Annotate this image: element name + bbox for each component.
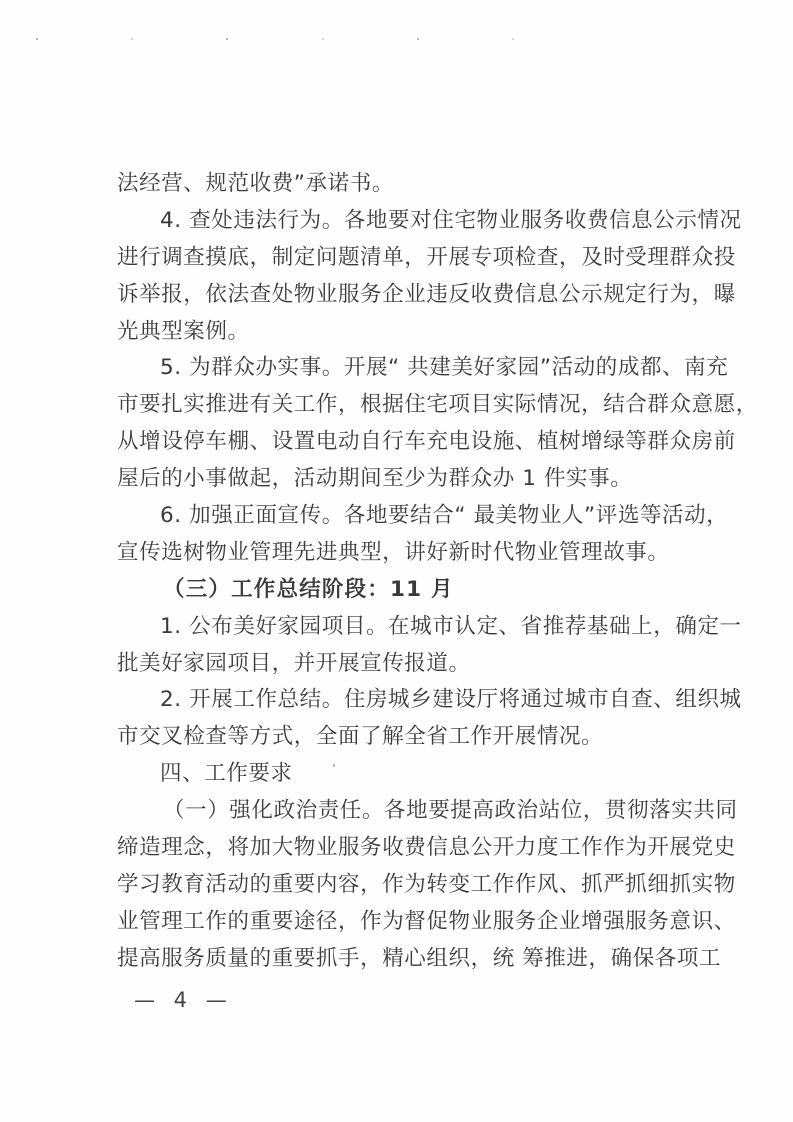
body-line: 学习教育活动的重要内容，作为转变工作作风、抓严抓细抓实物 — [117, 867, 685, 904]
requirement-1-line: （一）强化政治责任。各地要提高政治站位，贯彻落实共同 — [117, 793, 685, 830]
body-line: 市要扎实推进有关工作，根据住宅项目实际情况，结合群众意愿， — [117, 387, 685, 424]
scan-dot — [417, 38, 419, 40]
item-2-line: 2. 开展工作总结。住房城乡建设厅将通过城市自查、组织城 — [117, 682, 685, 719]
body-line: 屋后的小事做起，活动期间至少为群众办 1 件实事。 — [117, 461, 685, 498]
item-1-line: 1. 公布美好家园项目。在城市认定、省推荐基础上，确定一 — [117, 609, 685, 646]
body-line: 提高服务质量的重要抓手，精心组织，统 筹推进，确保各项工 — [117, 941, 685, 978]
scan-artifact — [333, 764, 335, 767]
body-line: 诉举报，依法查处物业服务企业违反收费信息公示规定行为，曝 — [117, 277, 685, 314]
item-6-line: 6. 加强正面宣传。各地要结合“ 最美物业人”评选等活动， — [117, 498, 685, 535]
body-line: 业管理工作的重要途径，作为督促物业服务企业增强服务意识、 — [117, 904, 685, 941]
body-line: 从增设停车棚、设置电动自行车充电设施、植树增绿等群众房前 — [117, 424, 685, 461]
body-line: 法经营、规范收费”承诺书。 — [117, 166, 685, 203]
body-line: 宣传选树物业管理先进典型，讲好新时代物业管理故事。 — [117, 535, 685, 572]
document-page: 法经营、规范收费”承诺书。 4. 查处违法行为。各地要对住宅物业服务收费信息公示… — [0, 0, 793, 1122]
body-line: 光典型案例。 — [117, 314, 685, 351]
scan-dot — [322, 38, 324, 40]
scan-dot — [512, 38, 514, 40]
section-heading: 四、工作要求 — [117, 756, 685, 793]
body-line: 市交叉检查等方式，全面了解全省工作开展情况。 — [117, 719, 685, 756]
scan-dot — [36, 38, 38, 40]
item-5-line: 5. 为群众办实事。开展“ 共建美好家园”活动的成都、南充 — [117, 350, 685, 387]
scan-dot — [226, 38, 228, 40]
section-subheading: （三）工作总结阶段：11 月 — [117, 572, 685, 609]
item-4-line: 4. 查处违法行为。各地要对住宅物业服务收费信息公示情况 — [117, 203, 685, 240]
body-line: 进行调查摸底，制定问题清单，开展专项检查，及时受理群众投 — [117, 240, 685, 277]
body-line: 缔造理念，将加大物业服务收费信息公开力度工作作为开展党史 — [117, 830, 685, 867]
scan-marks — [0, 38, 793, 42]
body-line: 批美好家园项目，并开展宣传报道。 — [117, 646, 685, 683]
document-body: 法经营、规范收费”承诺书。 4. 查处违法行为。各地要对住宅物业服务收费信息公示… — [117, 166, 685, 978]
page-number: — 4 — — [134, 988, 233, 1012]
scan-dot — [131, 38, 133, 40]
